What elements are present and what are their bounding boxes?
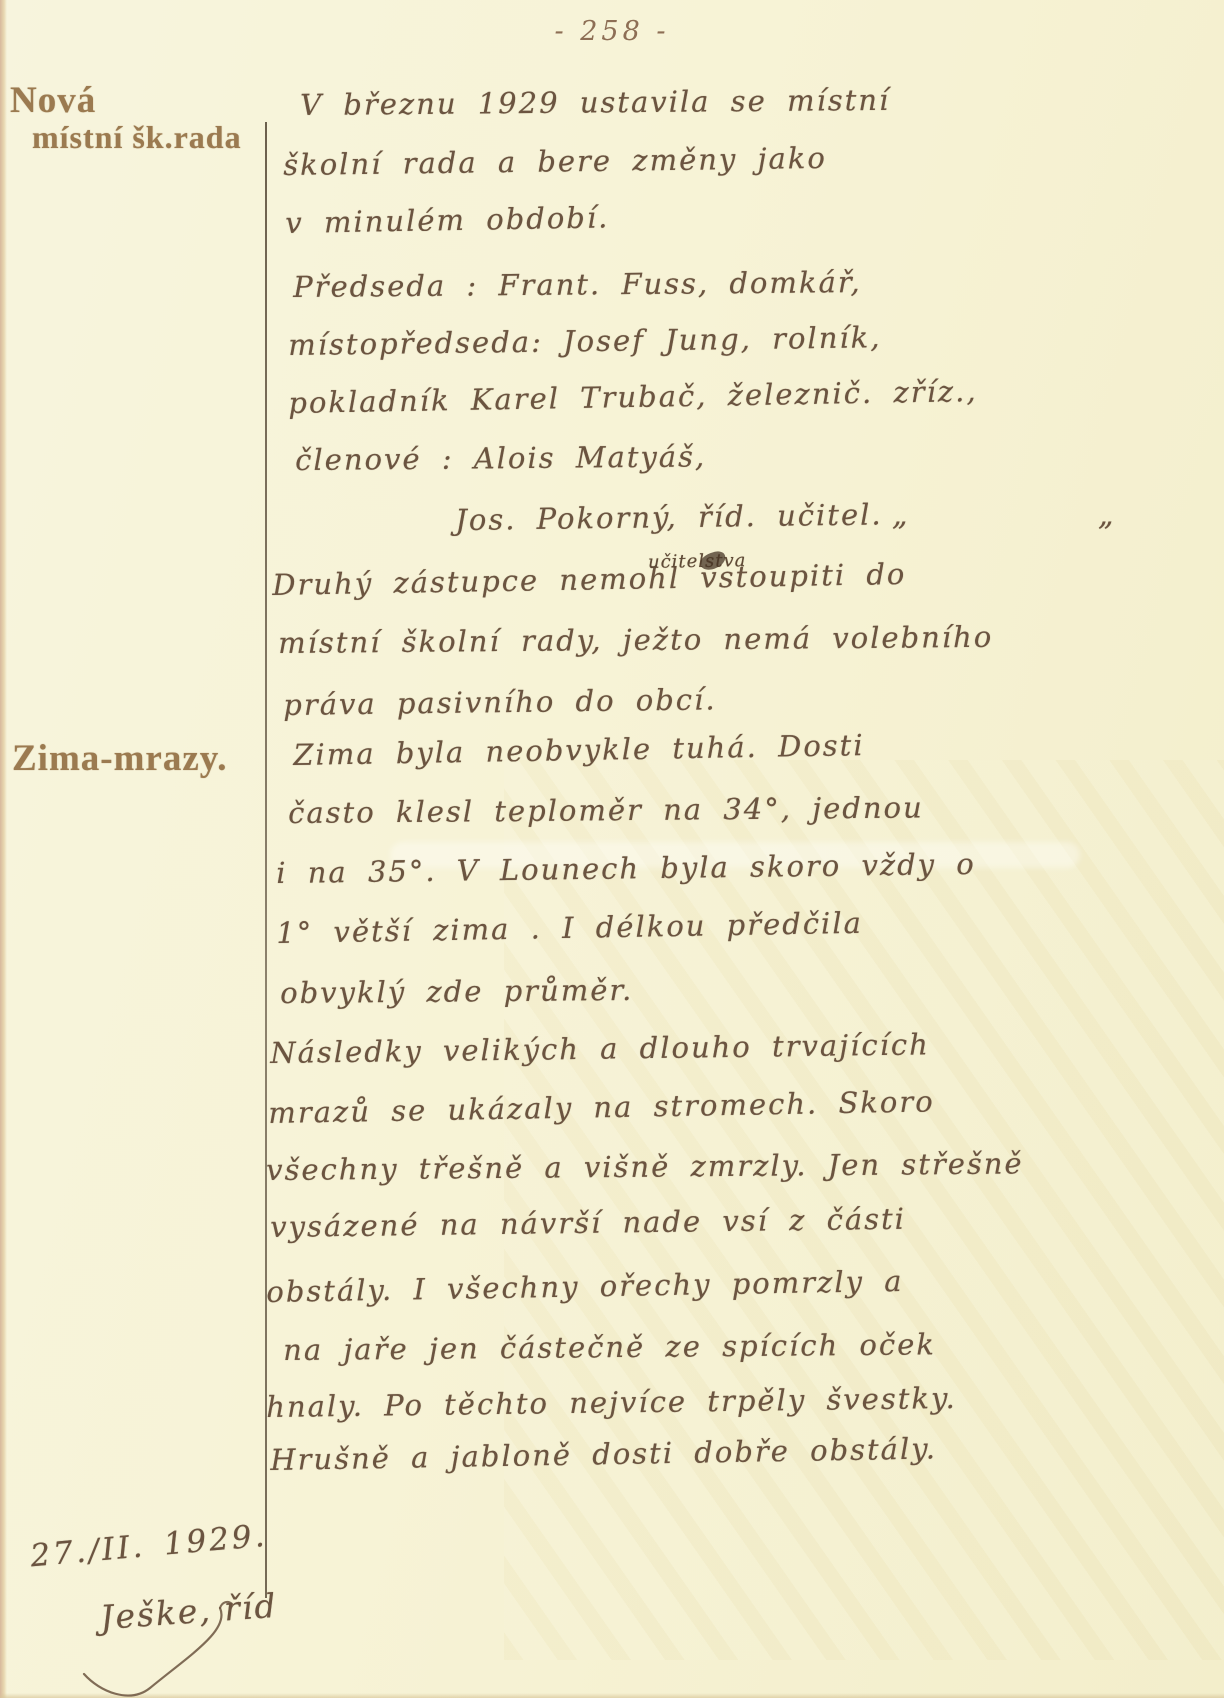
handwritten-line: často klesl teploměr na 34°, jednou xyxy=(288,787,924,833)
handwritten-line: i na 35°. V Lounech byla skoro vždy o xyxy=(276,844,976,893)
handwritten-line: Druhý zástupce nemohl vstoupiti do xyxy=(272,554,907,605)
handwritten-line: místní školní rady, ježto nemá volebního xyxy=(278,617,993,663)
chronicle-page: - 258 - Nová místní šk.rada Zima-mrazy. … xyxy=(0,0,1224,1698)
page-bottom-edge xyxy=(0,1693,1224,1698)
margin-note-winter-frosts: Zima-mrazy. xyxy=(12,740,227,777)
margin-note-line: Nová xyxy=(10,82,242,119)
handwritten-line: 1° větší zima . I délkou předčila xyxy=(276,903,863,953)
handwritten-line: na jaře jen částečně ze spících oček xyxy=(283,1324,936,1370)
handwritten-line: členové : Alois Matyáš, xyxy=(295,436,706,480)
margin-note-line: místní šk.rada xyxy=(32,121,242,153)
handwritten-line: místopředseda: Josef Jung, rolník, xyxy=(288,317,882,365)
signature: Ješke, říd xyxy=(99,1586,279,1637)
margin-note-new-school-board: Nová místní šk.rada xyxy=(10,82,242,153)
handwritten-line: všechny třešně a višně zmrzly. Jen střeš… xyxy=(266,1143,1024,1190)
handwritten-line: obvyklý zde průměr. xyxy=(280,970,633,1013)
handwritten-line: v minulém období. xyxy=(285,197,610,243)
handwritten-line: Předseda : Frant. Fuss, domkář, xyxy=(293,262,862,307)
ditto-mark: „ xyxy=(892,498,908,533)
handwritten-line: mrazů se ukázaly na stromech. Skoro xyxy=(268,1081,935,1133)
handwritten-line: Jos. Pokorný, říd. učitel. xyxy=(455,494,883,540)
handwritten-line: Hrušně a jabloně dosti dobře obstály. xyxy=(270,1428,937,1480)
handwritten-line: vysázené na návrší nade vsí z části xyxy=(270,1199,906,1247)
handwritten-line: školní rada a bere změny jako xyxy=(283,138,827,185)
margin-divider-line xyxy=(265,122,267,1598)
handwritten-line: V březnu 1929 ustavila se místní xyxy=(300,80,890,125)
page-left-edge xyxy=(0,0,7,1698)
handwritten-line: Následky velikých a dlouho trvajících xyxy=(270,1024,930,1073)
ditto-mark: „ xyxy=(1098,498,1114,533)
handwritten-line: Zima byla neobvykle tuhá. Dosti xyxy=(293,725,865,775)
interlinear-insertion: učitelstva xyxy=(648,550,747,573)
handwritten-line: hnaly. Po těchto nejvíce trpěly švestky. xyxy=(266,1378,957,1427)
entry-date: 27./II. 1929. xyxy=(29,1518,269,1575)
page-number: - 258 - xyxy=(0,16,1224,47)
handwritten-line: obstály. I všechny ořechy pomrzly a xyxy=(266,1261,904,1312)
handwritten-line: práva pasivního do obcí. xyxy=(283,679,717,725)
handwritten-line: pokladník Karel Trubač, železnič. zříz., xyxy=(288,371,978,423)
